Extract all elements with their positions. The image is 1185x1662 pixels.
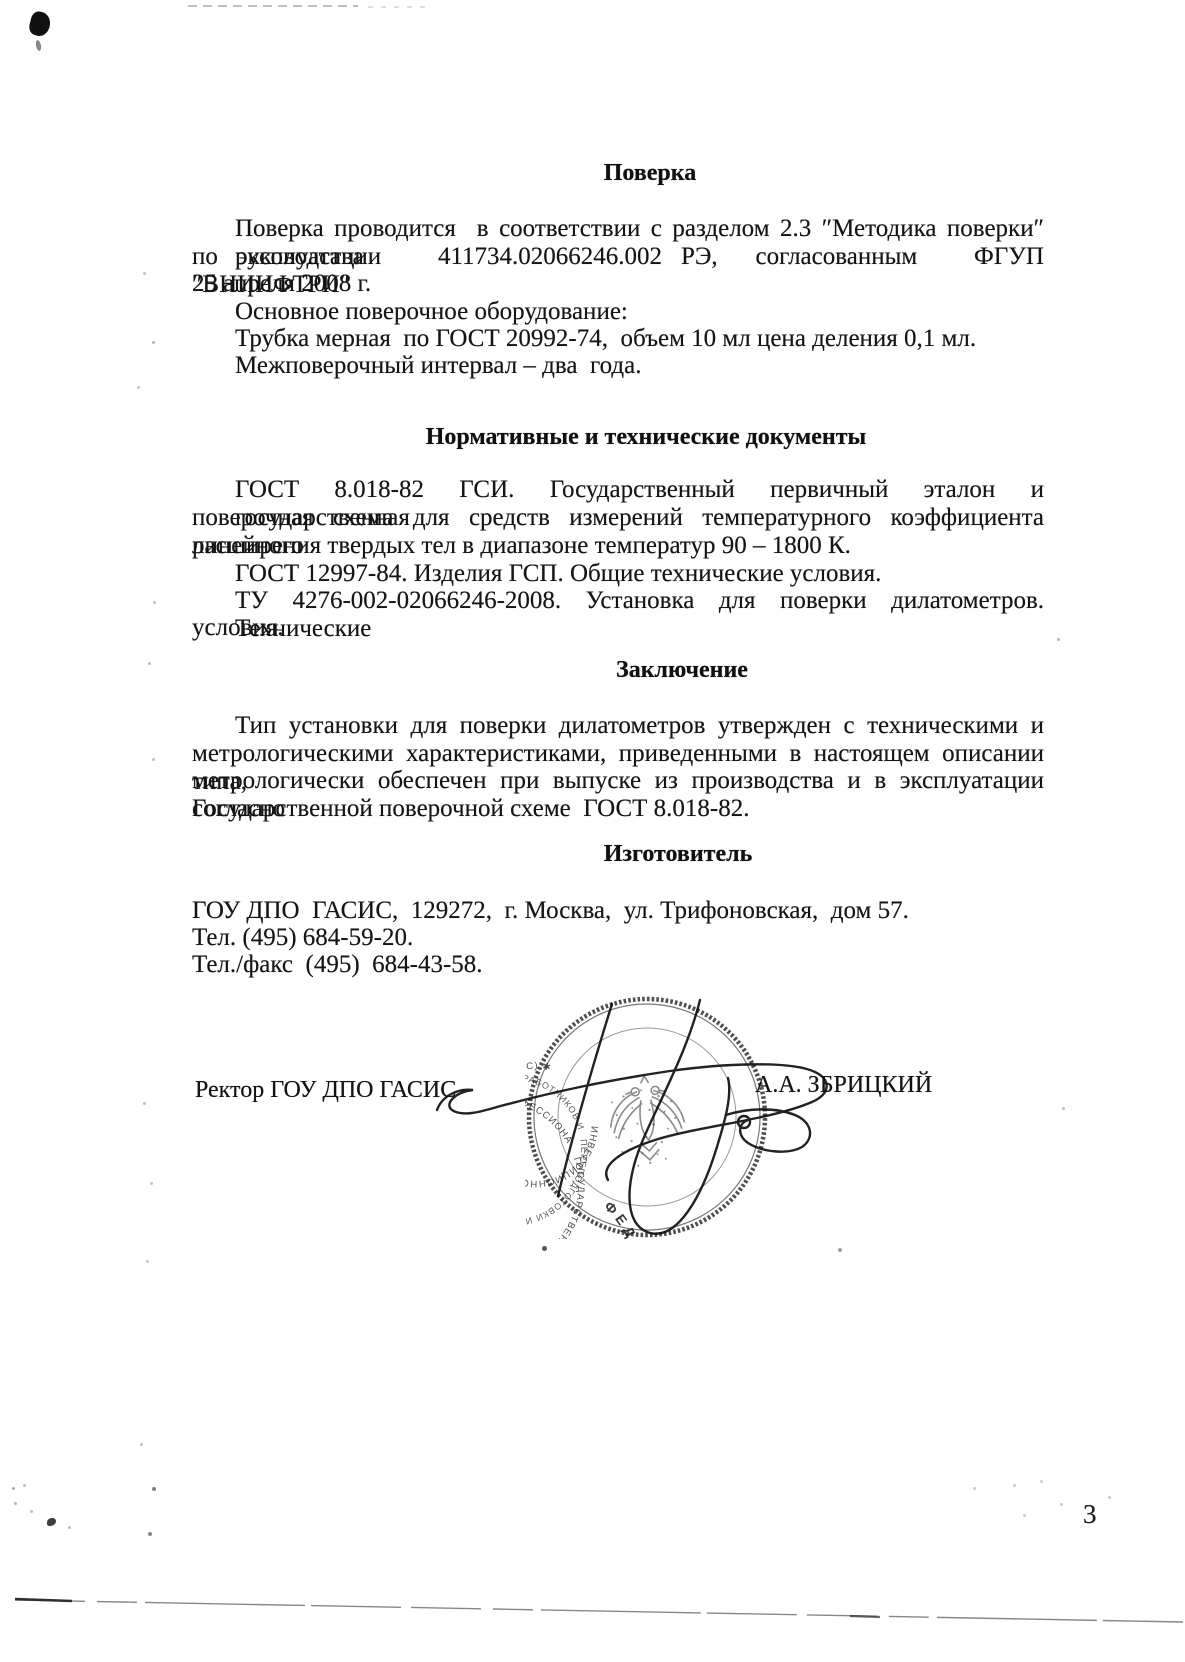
- text-line: Межповерочный интервал – два года.: [192, 352, 1044, 380]
- section-heading-manufacturer: Изготовитель: [604, 841, 753, 868]
- speck: [148, 1532, 152, 1536]
- speck: [143, 272, 146, 275]
- speck: [146, 1260, 149, 1263]
- scan-artifact-line: [368, 6, 432, 8]
- document-page: Поверка Поверка проводится в соответстви…: [0, 0, 1185, 1662]
- speck: [152, 758, 155, 761]
- page-number: 3: [1083, 1499, 1097, 1530]
- manufacturer-address-line: ГОУ ДПО ГАСИС, 129272, г. Москва, ул. Тр…: [192, 897, 1044, 925]
- manufacturer-fax-line: Тел./факс (495) 684-43-58.: [192, 951, 1044, 979]
- text-line: Основное поверочное оборудование:: [192, 298, 1044, 326]
- scan-artifact-line: [188, 5, 358, 7]
- speck: [23, 1484, 26, 1487]
- speck: [1040, 1480, 1043, 1483]
- speck: [12, 1487, 15, 1490]
- speck: [1062, 1107, 1065, 1110]
- speck: [68, 1526, 71, 1529]
- speck: [140, 1443, 143, 1446]
- speck: [30, 1510, 33, 1513]
- speck: [143, 1102, 146, 1105]
- speck: [1023, 1514, 1026, 1517]
- speck: [1108, 1496, 1111, 1499]
- signatory-name: А.А. ЗБРИЦКИЙ: [755, 1072, 932, 1099]
- speck: [1060, 1503, 1063, 1506]
- text-line: 25 апреля 2008 г.: [192, 270, 1044, 298]
- scan-edge-line: [0, 1590, 1185, 1635]
- speck: [152, 1487, 156, 1491]
- section-heading-normative: Нормативные и технические документы: [426, 424, 867, 451]
- text-line: Государственной поверочной схеме ГОСТ 8.…: [192, 795, 1044, 823]
- speck: [137, 386, 140, 389]
- handwritten-signature: [420, 980, 950, 1270]
- speck: [14, 1502, 17, 1505]
- text-line: расширения твердых тел в диапазоне темпе…: [192, 532, 1044, 560]
- ink-smudge-small: [35, 40, 42, 52]
- speck: [150, 1182, 153, 1185]
- section-heading-conclusion: Заключение: [616, 657, 748, 684]
- signatory-role: Ректор ГОУ ДПО ГАСИС: [195, 1077, 456, 1104]
- speck: [1013, 1484, 1016, 1487]
- speck: [973, 1487, 976, 1490]
- text-line: условия.: [192, 614, 1044, 642]
- section-heading-verification: Поверка: [604, 160, 697, 187]
- speck: [148, 662, 151, 665]
- speck: [152, 341, 155, 344]
- speck: [153, 601, 156, 604]
- speck: [47, 1518, 56, 1526]
- text-line: ГОСТ 12997-84. Изделия ГСП. Общие технич…: [192, 560, 1044, 588]
- text-line: Трубка мерная по ГОСТ 20992-74, объем 10…: [192, 325, 1044, 353]
- ink-smudge: [27, 10, 53, 38]
- manufacturer-phone-line: Тел. (495) 684-59-20.: [192, 924, 1044, 952]
- speck: [1057, 638, 1060, 641]
- text-line: Тип установки для поверки дилатометров у…: [192, 712, 1044, 740]
